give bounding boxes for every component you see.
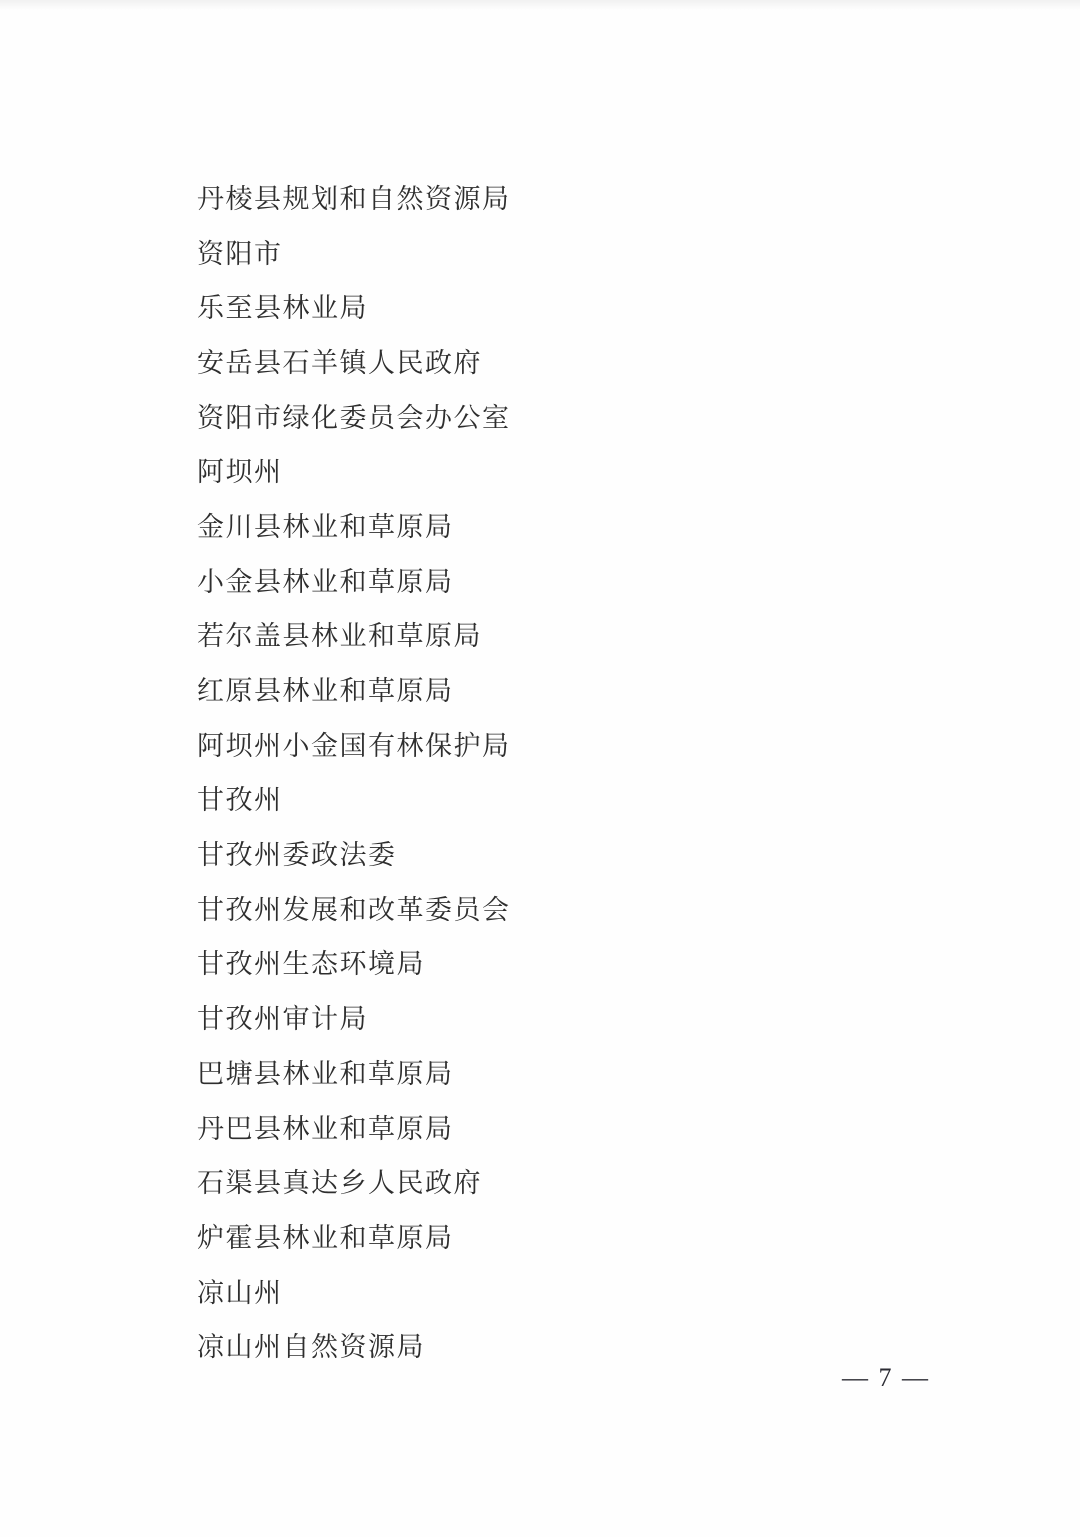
org-line: 资阳市 <box>197 224 511 279</box>
org-line: 阿坝州 <box>197 442 511 497</box>
org-line: 金川县林业和草原局 <box>197 497 511 552</box>
org-line: 甘孜州 <box>197 771 511 826</box>
org-line: 阿坝州小金国有林保护局 <box>197 716 511 771</box>
org-line: 红原县林业和草原局 <box>197 661 511 716</box>
org-line: 丹棱县规划和自然资源局 <box>197 169 511 224</box>
org-line: 凉山州自然资源局 <box>197 1317 511 1372</box>
org-line: 若尔盖县林业和草原局 <box>197 607 511 662</box>
org-line: 甘孜州发展和改革委员会 <box>197 880 511 935</box>
org-line: 甘孜州委政法委 <box>197 825 511 880</box>
org-line: 小金县林业和草原局 <box>197 552 511 607</box>
org-line: 炉霍县林业和草原局 <box>197 1208 511 1263</box>
org-line: 资阳市绿化委员会办公室 <box>197 388 511 443</box>
org-line: 甘孜州审计局 <box>197 989 511 1044</box>
org-line: 巴塘县林业和草原局 <box>197 1044 511 1099</box>
org-line: 甘孜州生态环境局 <box>197 935 511 990</box>
scan-edge-artifact <box>0 0 1080 10</box>
org-line: 丹巴县林业和草原局 <box>197 1099 511 1154</box>
org-line: 凉山州 <box>197 1263 511 1318</box>
org-line: 安岳县石羊镇人民政府 <box>197 333 511 388</box>
page-number: — 7 — <box>842 1363 930 1393</box>
org-line: 乐至县林业局 <box>197 278 511 333</box>
organization-list: 丹棱县规划和自然资源局 资阳市 乐至县林业局 安岳县石羊镇人民政府 资阳市绿化委… <box>197 169 511 1372</box>
org-line: 石渠县真达乡人民政府 <box>197 1153 511 1208</box>
